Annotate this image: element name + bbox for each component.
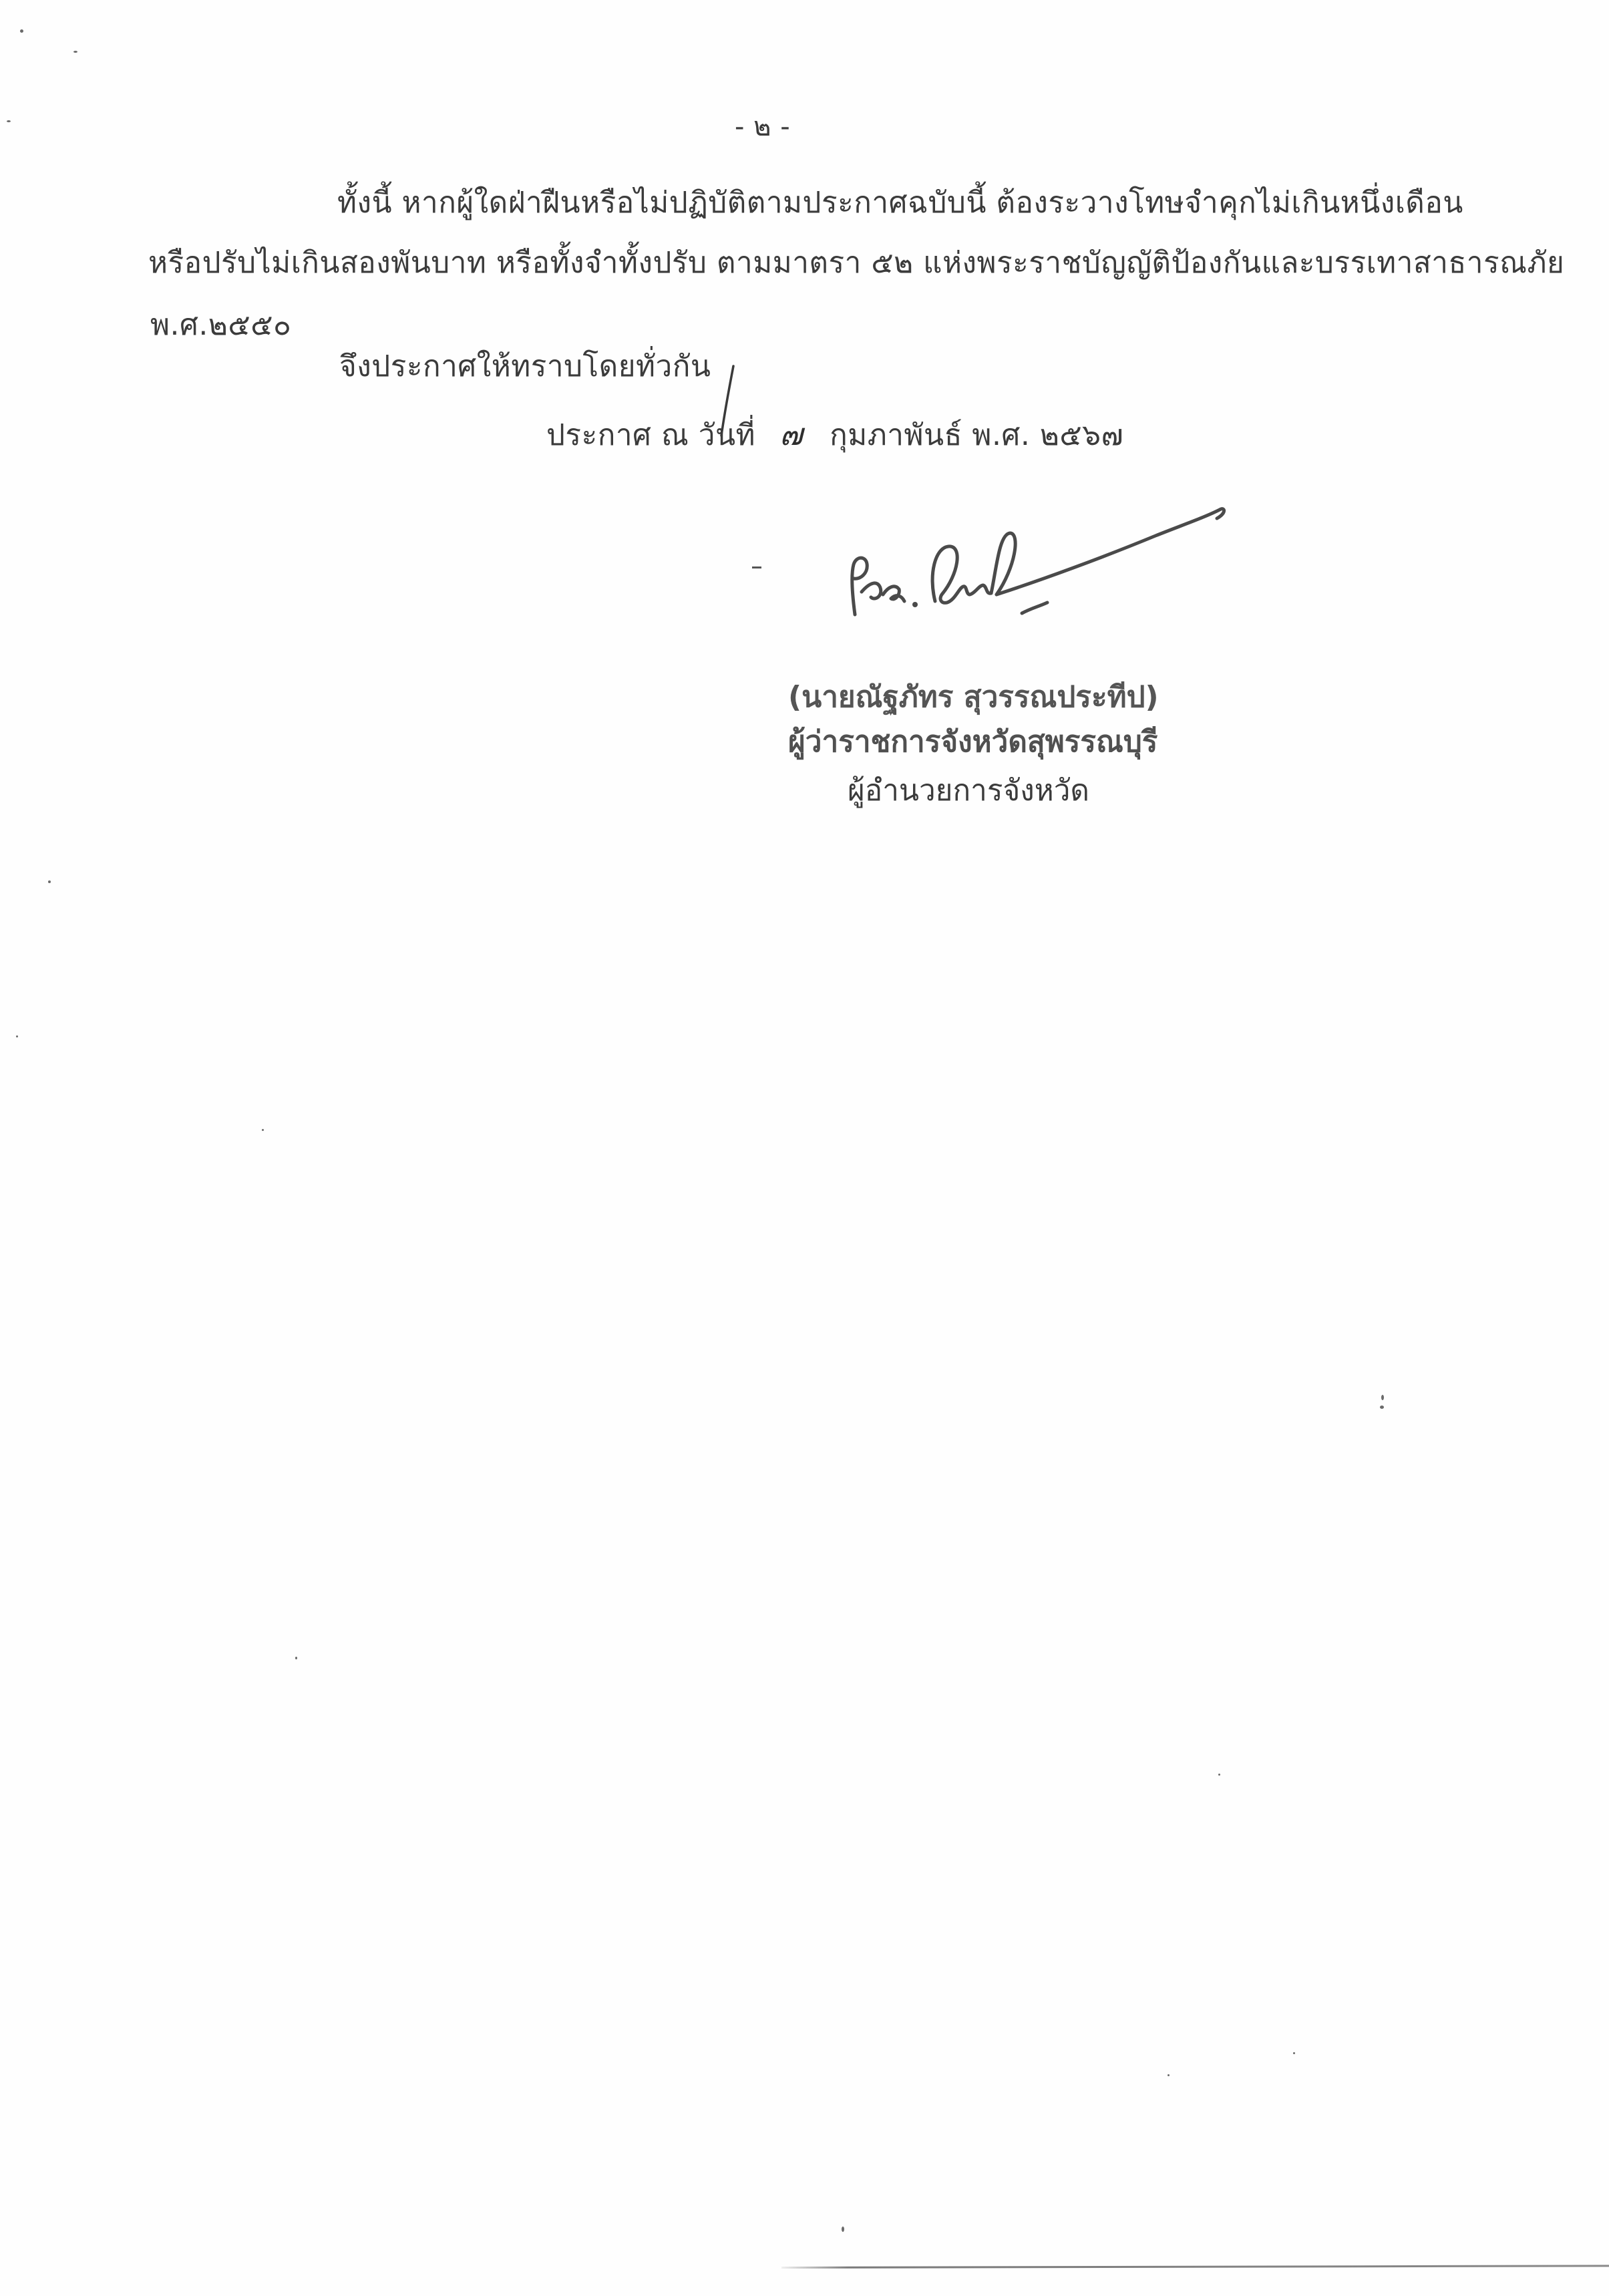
date-suffix: กุมภาพันธ์ พ.ศ. ๒๕๖๗ xyxy=(830,421,1123,450)
scan-speck xyxy=(7,120,11,122)
scan-speck xyxy=(295,1657,297,1659)
scan-speck xyxy=(73,51,77,53)
scan-speck xyxy=(1381,1395,1384,1400)
handwritten-tick-icon xyxy=(668,361,755,441)
document-page: - ๒ - ทั้งนี้ หากผู้ใดฝ่าฝืนหรือไม่ปฏิบั… xyxy=(0,0,1609,2296)
scan-speck xyxy=(20,29,23,33)
body-paragraph-line-2: หรือปรับไม่เกินสองพันบาท หรือทั้งจำทั้งป… xyxy=(148,249,1431,278)
announcement-date: ประกาศ ณ วันที่๗กุมภาพันธ์ พ.ศ. ๒๕๖๗ xyxy=(546,419,1123,450)
scan-speck xyxy=(1380,1406,1384,1409)
page-number: - ๒ - xyxy=(735,114,790,140)
bottom-divider xyxy=(781,2265,1609,2269)
closing-statement: จึงประกาศให้ทราบโดยทั่วกัน xyxy=(339,352,711,381)
scan-speck xyxy=(842,2227,844,2232)
handwritten-day: ๗ xyxy=(779,419,803,450)
body-paragraph-line-1: ทั้งนี้ หากผู้ใดฝ่าฝืนหรือไม่ปฏิบัติตามป… xyxy=(337,188,1433,218)
scan-speck xyxy=(1293,2052,1295,2054)
scan-speck xyxy=(1168,2074,1170,2076)
signer-title: ผู้ว่าราชการจังหวัดสุพรรณบุรี xyxy=(788,718,1149,765)
stray-mark xyxy=(752,566,761,568)
body-paragraph-line-3: พ.ศ.๒๕๕๐ xyxy=(150,311,291,340)
scan-speck xyxy=(262,1129,264,1131)
signer-role: ผู้อำนวยการจังหวัด xyxy=(788,767,1149,814)
scan-speck xyxy=(16,1035,18,1037)
scan-speck xyxy=(1218,1774,1220,1776)
signer-name: (นายณัฐภัทร สุวรรณประทีป) xyxy=(788,673,1149,720)
signature-icon xyxy=(822,494,1236,628)
scan-speck xyxy=(48,880,51,883)
